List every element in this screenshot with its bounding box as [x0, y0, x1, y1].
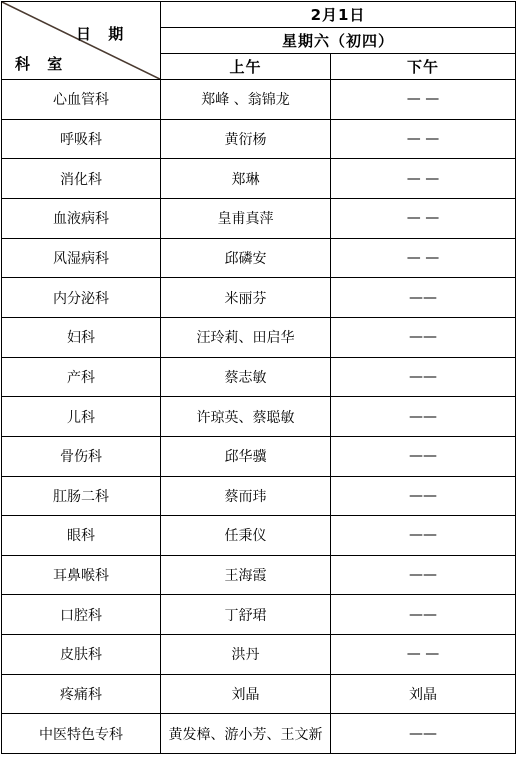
- corner-diagonal-wrap: 日 期 科 室: [2, 2, 160, 79]
- afternoon-doctors-cell: ——: [331, 397, 516, 437]
- afternoon-doctors-cell: 刘晶: [331, 674, 516, 714]
- schedule-table: 日 期 科 室 2月1日 星期六（初四） 上午 下午 心血管科 郑峰 、翁锦龙 …: [1, 1, 516, 754]
- department-cell: 眼科: [2, 516, 161, 556]
- morning-doctors-cell: 郑峰 、翁锦龙: [161, 80, 331, 120]
- department-cell: 心血管科: [2, 80, 161, 120]
- schedule-row: 口腔科 丁舒珺 ——: [2, 595, 516, 635]
- schedule-page: 日 期 科 室 2月1日 星期六（初四） 上午 下午 心血管科 郑峰 、翁锦龙 …: [0, 1, 516, 760]
- corner-date-label: 日 期: [76, 23, 129, 44]
- morning-doctors-cell: 蔡志敏: [161, 357, 331, 397]
- afternoon-doctors-cell: — —: [331, 238, 516, 278]
- afternoon-doctors-cell: ——: [331, 476, 516, 516]
- schedule-row: 风湿病科 邱磷安 — —: [2, 238, 516, 278]
- schedule-row: 耳鼻喉科 王海霞 ——: [2, 555, 516, 595]
- afternoon-doctors-cell: ——: [331, 317, 516, 357]
- department-cell: 口腔科: [2, 595, 161, 635]
- afternoon-doctors-cell: ——: [331, 436, 516, 476]
- afternoon-doctors-cell: — —: [331, 635, 516, 675]
- schedule-row: 儿科 许琼英、蔡聪敏 ——: [2, 397, 516, 437]
- morning-doctors-cell: 丁舒珺: [161, 595, 331, 635]
- department-cell: 骨伤科: [2, 436, 161, 476]
- department-cell: 妇科: [2, 317, 161, 357]
- schedule-row: 消化科 郑琳 — —: [2, 159, 516, 199]
- afternoon-doctors-cell: ——: [331, 714, 516, 754]
- department-cell: 中医特色专科: [2, 714, 161, 754]
- date-header: 2月1日: [161, 2, 516, 28]
- afternoon-doctors-cell: ——: [331, 595, 516, 635]
- schedule-row: 妇科 汪玲莉、田启华 ——: [2, 317, 516, 357]
- morning-doctors-cell: 郑琳: [161, 159, 331, 199]
- schedule-row: 血液病科 皇甫真萍 — —: [2, 199, 516, 239]
- corner-dept-label: 科 室: [15, 53, 68, 74]
- department-cell: 呼吸科: [2, 119, 161, 159]
- schedule-row: 眼科 任秉仪 ——: [2, 516, 516, 556]
- morning-doctors-cell: 汪玲莉、田启华: [161, 317, 331, 357]
- afternoon-doctors-cell: ——: [331, 555, 516, 595]
- afternoon-column-header: 下午: [331, 54, 516, 80]
- afternoon-doctors-cell: — —: [331, 119, 516, 159]
- schedule-row: 呼吸科 黄衍杨 — —: [2, 119, 516, 159]
- morning-doctors-cell: 王海霞: [161, 555, 331, 595]
- schedule-row: 中医特色专科 黄发樟、游小芳、王文新 ——: [2, 714, 516, 754]
- morning-doctors-cell: 任秉仪: [161, 516, 331, 556]
- morning-doctors-cell: 许琼英、蔡聪敏: [161, 397, 331, 437]
- schedule-row: 肛肠二科 蔡而玮 ——: [2, 476, 516, 516]
- department-cell: 血液病科: [2, 199, 161, 239]
- schedule-row: 疼痛科 刘晶 刘晶: [2, 674, 516, 714]
- afternoon-doctors-cell: ——: [331, 278, 516, 318]
- afternoon-doctors-cell: ——: [331, 516, 516, 556]
- morning-doctors-cell: 邱磷安: [161, 238, 331, 278]
- schedule-row: 骨伤科 邱华骥 ——: [2, 436, 516, 476]
- department-cell: 消化科: [2, 159, 161, 199]
- schedule-row: 内分泌科 米丽芬 ——: [2, 278, 516, 318]
- afternoon-doctors-cell: — —: [331, 159, 516, 199]
- department-cell: 儿科: [2, 397, 161, 437]
- corner-cell: 日 期 科 室: [2, 2, 161, 80]
- morning-doctors-cell: 刘晶: [161, 674, 331, 714]
- afternoon-doctors-cell: — —: [331, 199, 516, 239]
- afternoon-doctors-cell: — —: [331, 80, 516, 120]
- schedule-row: 心血管科 郑峰 、翁锦龙 — —: [2, 80, 516, 120]
- weekday-header: 星期六（初四）: [161, 28, 516, 54]
- morning-doctors-cell: 蔡而玮: [161, 476, 331, 516]
- morning-doctors-cell: 黄发樟、游小芳、王文新: [161, 714, 331, 754]
- morning-doctors-cell: 邱华骥: [161, 436, 331, 476]
- department-cell: 皮肤科: [2, 635, 161, 675]
- morning-doctors-cell: 皇甫真萍: [161, 199, 331, 239]
- schedule-row: 产科 蔡志敏 ——: [2, 357, 516, 397]
- department-cell: 耳鼻喉科: [2, 555, 161, 595]
- schedule-row: 皮肤科 洪丹 — —: [2, 635, 516, 675]
- department-cell: 风湿病科: [2, 238, 161, 278]
- department-cell: 产科: [2, 357, 161, 397]
- morning-doctors-cell: 黄衍杨: [161, 119, 331, 159]
- afternoon-doctors-cell: ——: [331, 357, 516, 397]
- department-cell: 疼痛科: [2, 674, 161, 714]
- morning-doctors-cell: 米丽芬: [161, 278, 331, 318]
- morning-doctors-cell: 洪丹: [161, 635, 331, 675]
- department-cell: 肛肠二科: [2, 476, 161, 516]
- department-cell: 内分泌科: [2, 278, 161, 318]
- morning-column-header: 上午: [161, 54, 331, 80]
